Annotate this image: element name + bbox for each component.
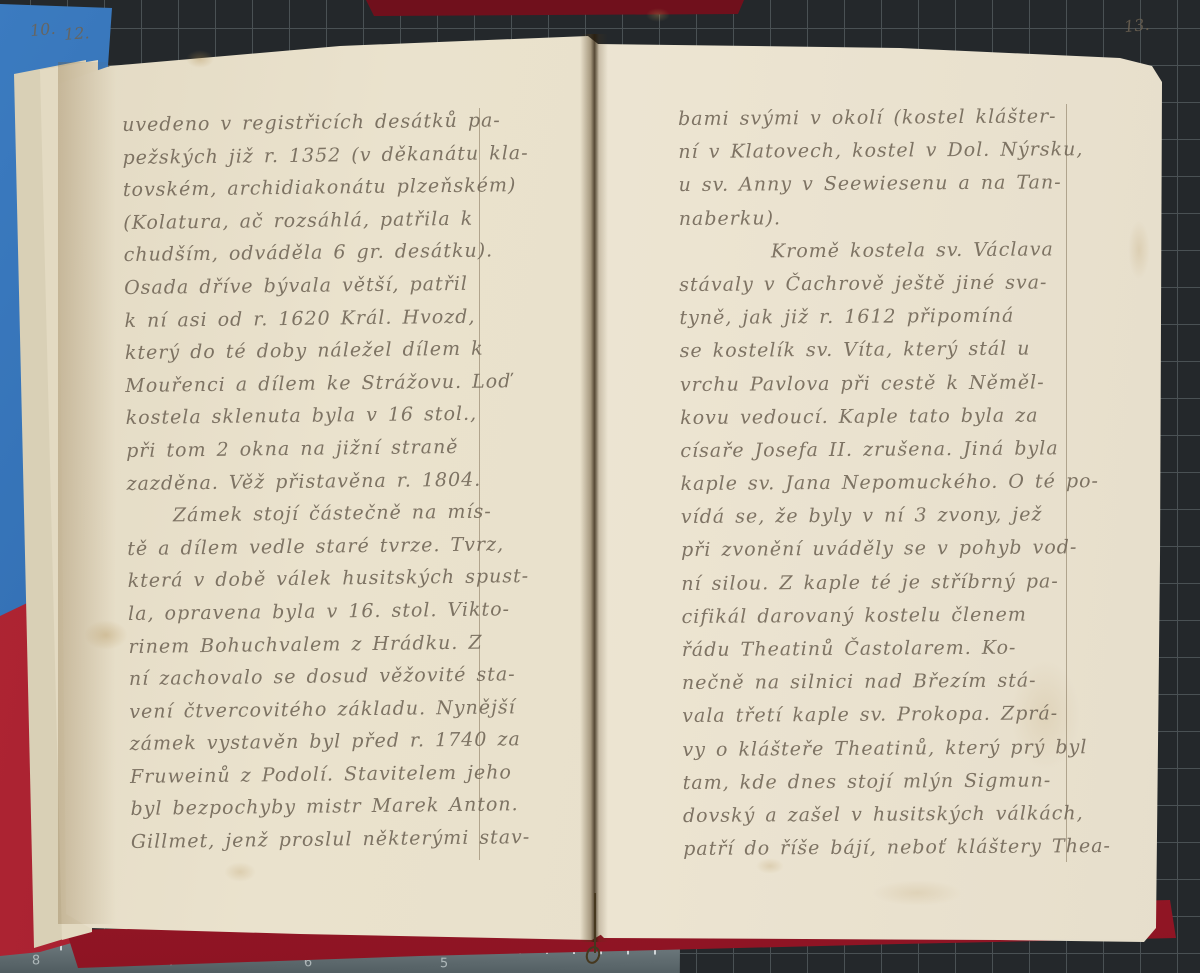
handwritten-line: kostela sklenuta byla v 16 stol.,: [126, 402, 532, 440]
handwritten-line: Gillmet, jenž proslul některými stav-: [131, 826, 537, 864]
handwritten-line: vala třetí kaple sv. Prokopa. Zprá-: [682, 702, 1110, 738]
handwritten-line: la, opravena byla v 16. stol. Vikto-: [128, 598, 534, 636]
handwritten-line: řádu Theatinů Častolarem. Ko-: [682, 636, 1110, 672]
handwritten-line: kovu vedoucí. Kaple tato byla za: [680, 404, 1108, 440]
handwritten-line: naberku).: [679, 205, 1107, 241]
handwritten-line: u sv. Anny v Seewiesenu a na Tan-: [678, 171, 1106, 207]
gutter-shadow: [580, 34, 608, 942]
handwriting-block-right: bami svými v okolí (kostel klášter-ní v …: [678, 105, 1111, 871]
handwritten-line: dovský a zašel v husitských válkách,: [683, 802, 1111, 838]
handwritten-line: vídá se, že byly v ní 3 zvony, jež: [681, 503, 1109, 539]
handwritten-line: vy o klášteře Theatinů, který prý byl: [682, 736, 1110, 772]
handwritten-line: tam, kde dnes stojí mlýn Sigmun-: [683, 769, 1111, 805]
handwritten-line: tovském, archidiakonátu plzeňském): [123, 174, 529, 212]
handwritten-line: byl bezpochyby mistr Marek Anton.: [130, 793, 536, 831]
handwritten-line: pežských již r. 1352 (v děkanátu kla-: [122, 142, 528, 180]
handwritten-line: chudším, odváděla 6 gr. desátku).: [124, 239, 530, 277]
handwritten-line: nečně na silnici nad Březím stá-: [682, 669, 1110, 705]
handwritten-line: tyně, jak již r. 1612 připomíná: [679, 304, 1107, 340]
handwritten-line: Zámek stojí částečně na mís-: [127, 500, 533, 538]
handwritten-line: stávaly v Čachrově ještě jiné sva-: [679, 271, 1107, 307]
handwritten-line: bami svými v okolí (kostel klášter-: [678, 105, 1106, 141]
handwritten-line: ní zachovalo se dosud věžovité sta-: [129, 663, 535, 701]
handwritten-line: Fruweinů z Podolí. Stavitelem jeho: [130, 761, 536, 799]
handwritten-line: patří do říše bájí, neboť kláštery Thea-: [683, 835, 1111, 871]
handwriting-block-left: uvedeno v registřicích desátků pa-pežský…: [122, 109, 537, 864]
page-number: 12.: [63, 23, 90, 44]
under-page-number: 10.: [29, 19, 56, 41]
handwritten-line: ní silou. Z kaple té je stříbrný pa-: [681, 570, 1109, 606]
handwritten-line: tě a dílem vedle staré tvrze. Tvrz,: [127, 533, 533, 571]
handwritten-line: která v době válek husitských spust-: [128, 565, 534, 603]
handwritten-line: který do té doby náležel dílem k: [125, 337, 531, 375]
handwritten-line: ní v Klatovech, kostel v Dol. Nýrsku,: [678, 138, 1106, 174]
handwritten-line: k ní asi od r. 1620 Král. Hvozd,: [124, 305, 530, 343]
handwritten-line: uvedeno v registřicích desátků pa-: [122, 109, 528, 147]
handwritten-line: vení čtvercovitého základu. Nynější: [129, 696, 535, 734]
page-number: 13.: [1123, 15, 1150, 37]
handwritten-line: rinem Bohuchvalem z Hrádku. Z: [128, 631, 534, 669]
ruler-number: 8: [32, 953, 40, 968]
handwritten-line: Mouřenci a dílem ke Strážovu. Loď: [125, 370, 531, 408]
handwritten-line: vrchu Pavlova při cestě k Něměl-: [680, 371, 1108, 407]
handwritten-line: Osada dříve bývala větší, patřil: [124, 272, 530, 310]
handwritten-line: kaple sv. Jana Nepomuckého. O té po-: [681, 470, 1109, 506]
handwritten-line: se kostelík sv. Víta, který stál u: [680, 337, 1108, 373]
handwritten-line: cifikál darovaný kostelu členem: [681, 603, 1109, 639]
handwritten-line: císaře Josefa II. zrušena. Jiná byla: [680, 437, 1108, 473]
scanned-manuscript-photo: 8 7 6 5 10. 12. 13. uvedeno v registřicí…: [0, 0, 1200, 973]
ruler-number: 5: [440, 956, 448, 971]
handwritten-line: Kromě kostela sv. Václava: [679, 238, 1107, 274]
handwritten-line: při zvonění uváděly se v pohyb vod-: [681, 536, 1109, 572]
handwritten-line: (Kolatura, ač rozsáhlá, patřila k: [123, 207, 529, 245]
binding-thread: [594, 893, 596, 953]
handwritten-line: při tom 2 okna na jižní straně: [126, 435, 532, 473]
handwritten-line: zazděna. Věž přistavěna r. 1804.: [126, 468, 532, 506]
handwritten-line: zámek vystavěn byl před r. 1740 za: [130, 728, 536, 766]
